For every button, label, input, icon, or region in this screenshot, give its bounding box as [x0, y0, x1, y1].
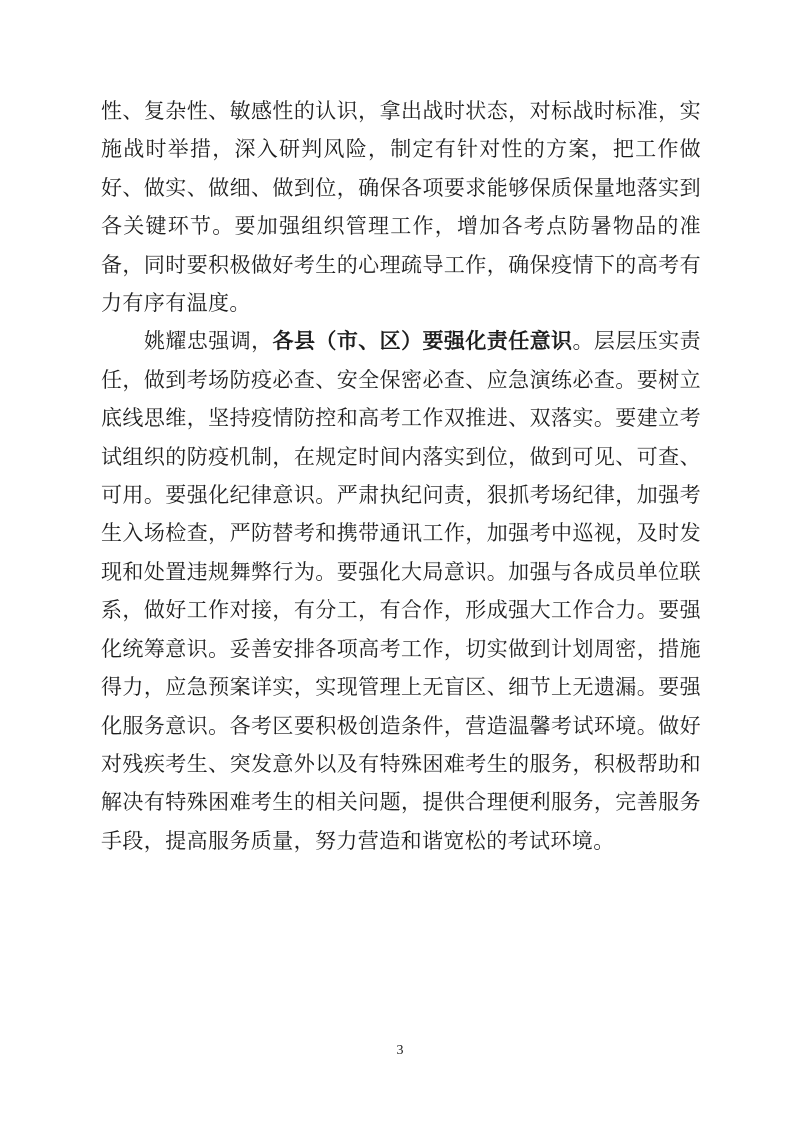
- document-page: 性、复杂性、敏感性的认识，拿出战时状态，对标战时标准，实施战时举措，深入研判风险…: [0, 0, 800, 1131]
- paragraph-emphasis: 姚耀忠强调，各县（市、区）要强化责任意识。层层压实责任，做到考场防疫必查、安全保…: [101, 322, 701, 860]
- page-number: 3: [0, 1043, 800, 1059]
- text-run: 姚耀忠强调，: [144, 329, 273, 353]
- document-body: 性、复杂性、敏感性的认识，拿出战时状态，对标战时标准，实施战时举措，深入研判风险…: [101, 92, 701, 860]
- bold-text-run: 各县（市、区）要强化责任意识: [273, 329, 573, 353]
- text-run: 。层层压实责任，做到考场防疫必查、安全保密必查、应急演练必查。要树立底线思维，坚…: [101, 329, 701, 852]
- paragraph-continuation: 性、复杂性、敏感性的认识，拿出战时状态，对标战时标准，实施战时举措，深入研判风险…: [101, 92, 701, 322]
- text-run: 性、复杂性、敏感性的认识，拿出战时状态，对标战时标准，实施战时举措，深入研判风险…: [101, 99, 701, 315]
